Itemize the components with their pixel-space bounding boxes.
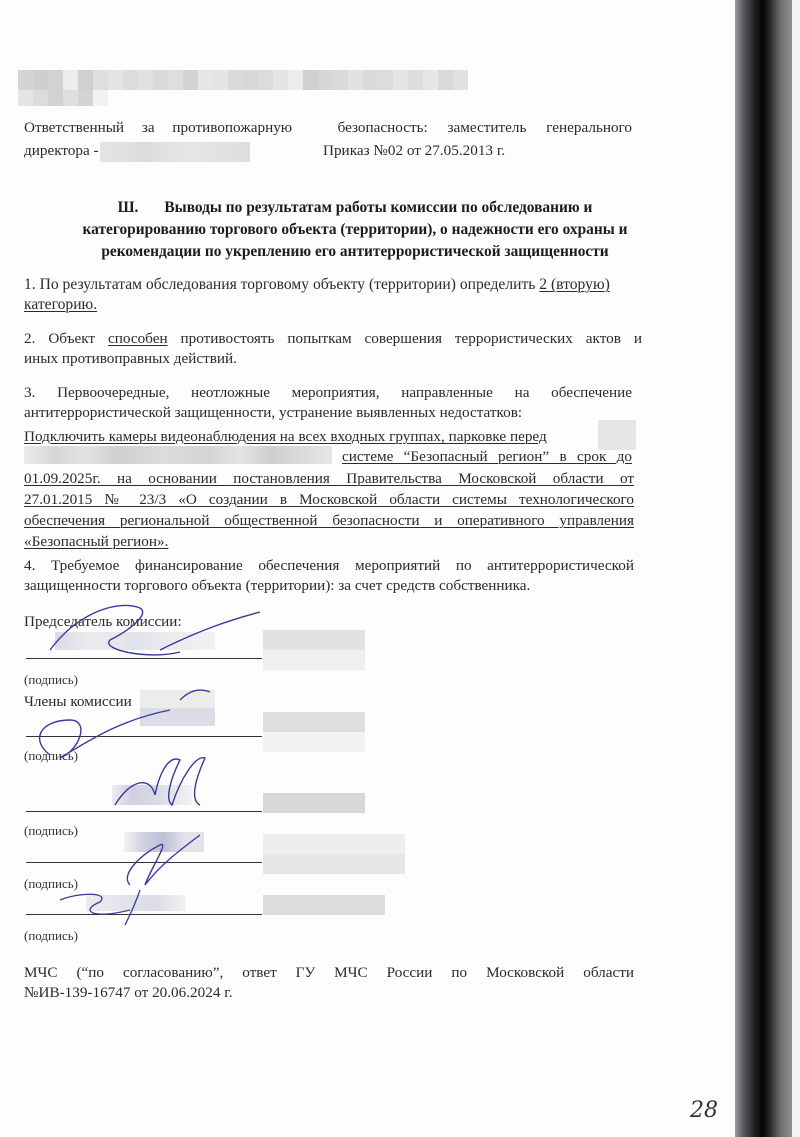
item-2-text: противостоять попыткам совершения террор…: [168, 330, 642, 347]
measure-line-1: Подключить камеры видеонаблюдения на все…: [24, 427, 599, 447]
right-margin: [792, 0, 800, 1137]
member-3-signature-line: [26, 862, 262, 863]
measure-line-3: 01.09.2025г. на основании постановления …: [24, 469, 634, 489]
member-4-signature-line: [26, 914, 262, 915]
responsible-text-left: Ответственный за противопожарную: [24, 118, 292, 138]
member-1-signature-caption: (подпись): [24, 748, 78, 764]
mchs-line-1: МЧС (“по согласованию”, ответ ГУ МЧС Рос…: [24, 963, 634, 983]
section-title-line-1: Выводы по результатам работы комиссии по…: [164, 199, 592, 216]
item-3-line-2: антитеррористической защищенности, устра…: [24, 403, 632, 423]
responsible-line-2: директора - Приказ №02 от 27.05.2013 г.: [24, 141, 644, 161]
section-heading: Ш.Выводы по результатам работы комиссии …: [60, 197, 650, 263]
redacted-member-4-name: [86, 895, 186, 911]
category-value: 2 (вторую): [539, 276, 610, 293]
member-2-signature-line: [26, 811, 262, 812]
redacted-member-1-position: [263, 712, 365, 752]
item-2-line-2: иных противоправных действий.: [24, 349, 642, 369]
redacted-name: [100, 142, 250, 162]
responsible-text-right: безопасность: заместитель генерального: [338, 118, 632, 138]
section-title-line-2: категорированию торгового объекта (терри…: [60, 219, 650, 241]
members-label: Члены комиссии: [24, 692, 132, 712]
member-2-signature-caption: (подпись): [24, 823, 78, 839]
chair-label: Председатель комиссии:: [24, 612, 182, 632]
scanned-page: Ответственный за противопожарную безопас…: [0, 0, 735, 1137]
item-2-prefix: 2. Объект: [24, 330, 108, 347]
item-2: 2. Объект способен противостоять попытка…: [24, 329, 642, 369]
redacted-member-1-name: [140, 690, 215, 726]
measure-line-2: системе “Безопасный регион” в срок до: [342, 447, 632, 467]
measure-line-5: обеспечения региональной общественной бе…: [24, 511, 634, 531]
item-4-line-1: 4. Требуемое финансирование обеспечения …: [24, 556, 634, 576]
order-reference: Приказ №02 от 27.05.2013 г.: [323, 141, 505, 161]
redacted-member-2-position: [263, 793, 365, 813]
member-1-signature-line: [26, 736, 262, 737]
member-4-signature-caption: (подпись): [24, 928, 78, 944]
section-number: Ш.: [118, 199, 139, 216]
mchs-line-2: №ИВ-139-16747 от 20.06.2024 г.: [24, 983, 634, 1003]
redacted-member-2-name: [112, 785, 192, 805]
item-4-line-2: защищенности торгового объекта (территор…: [24, 576, 634, 596]
redacted-chair-name: [55, 632, 215, 650]
redacted-header: [18, 70, 478, 106]
binder-spine: [735, 0, 792, 1137]
redacted-inline-2: [24, 446, 332, 464]
responsible-line-1: Ответственный за противопожарную безопас…: [24, 118, 632, 138]
chair-signature-caption: (подпись): [24, 672, 78, 688]
item-3: 3. Первоочередные, неотложные мероприяти…: [24, 383, 632, 423]
item-1: 1. По результатам обследования торговому…: [24, 275, 640, 315]
chair-signature-line: [26, 658, 262, 659]
redacted-member-3-name: [124, 832, 204, 852]
redacted-inline-1: [598, 420, 636, 450]
page-number: 28: [690, 1098, 718, 1123]
mchs-approval: МЧС (“по согласованию”, ответ ГУ МЧС Рос…: [24, 963, 634, 1003]
item-4: 4. Требуемое финансирование обеспечения …: [24, 556, 634, 596]
category-word: категорию.: [24, 296, 97, 313]
item-3-line-1: 3. Первоочередные, неотложные мероприяти…: [24, 383, 632, 403]
item-1-text: 1. По результатам обследования торговому…: [24, 276, 539, 293]
measure-line-6: «Безопасный регион».: [24, 532, 634, 552]
redacted-chair-position: [263, 630, 365, 670]
redacted-member-3-position: [263, 834, 405, 874]
redacted-member-4-position: [263, 895, 385, 915]
capability-status: способен: [108, 330, 168, 347]
section-title-line-3: рекомендации по укреплению его антитерро…: [60, 241, 650, 263]
member-3-signature-caption: (подпись): [24, 876, 78, 892]
measure-line-4: 27.01.2015 № 23/3 «О создании в Московск…: [24, 490, 634, 510]
responsible-prefix: директора -: [24, 142, 99, 159]
